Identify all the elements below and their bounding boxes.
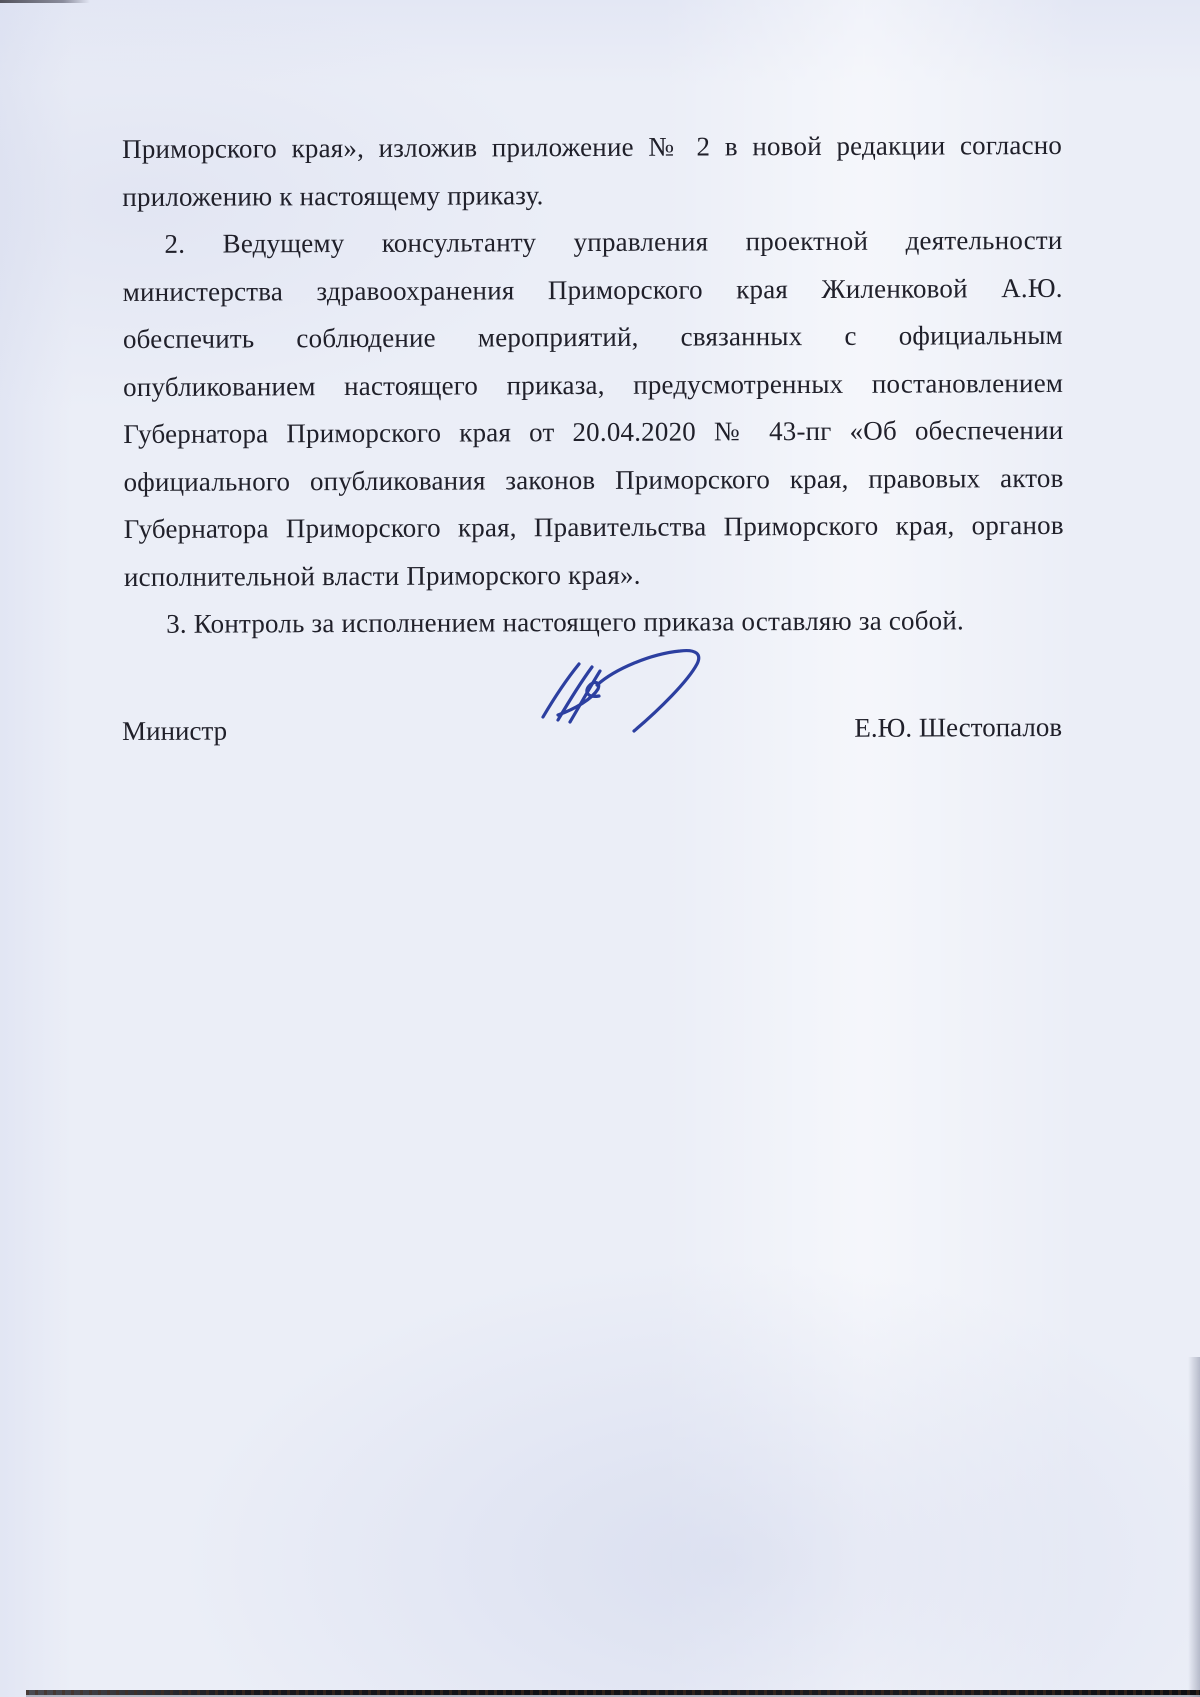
scan-edge-right-shadow	[1188, 1357, 1200, 1697]
body-line: 3. Контроль за исполнением настоящего пр…	[124, 597, 1064, 649]
body-line: официального опубликования законов Примо…	[123, 454, 1063, 506]
body-line: обеспечить соблюдение мероприятий, связа…	[123, 312, 1063, 364]
body-line: исполнительной власти Приморского края».	[124, 549, 1064, 601]
signoff-name: Е.Ю. Шестопалов	[854, 704, 1062, 752]
body-line: Приморского края», изложив приложение № …	[122, 122, 1062, 174]
body-line: министерства здравоохранения Приморского…	[123, 264, 1063, 316]
body-line: Губернатора Приморского края, Правительс…	[124, 502, 1064, 554]
document-body: Приморского края», изложив приложение № …	[122, 122, 1064, 649]
body-line: опубликованием настоящего приказа, преду…	[123, 359, 1063, 411]
signoff-role: Министр	[122, 708, 227, 756]
body-line: приложению к настоящему приказу.	[122, 169, 1062, 221]
minister-signature-ink	[533, 643, 713, 741]
body-line: 2. Ведущему консультанту управления прое…	[122, 217, 1062, 269]
scan-edge-top-left	[0, 0, 90, 3]
body-line: Губернатора Приморского края от 20.04.20…	[123, 407, 1063, 459]
scanned-document-page: Приморского края», изложив приложение № …	[0, 0, 1200, 1697]
